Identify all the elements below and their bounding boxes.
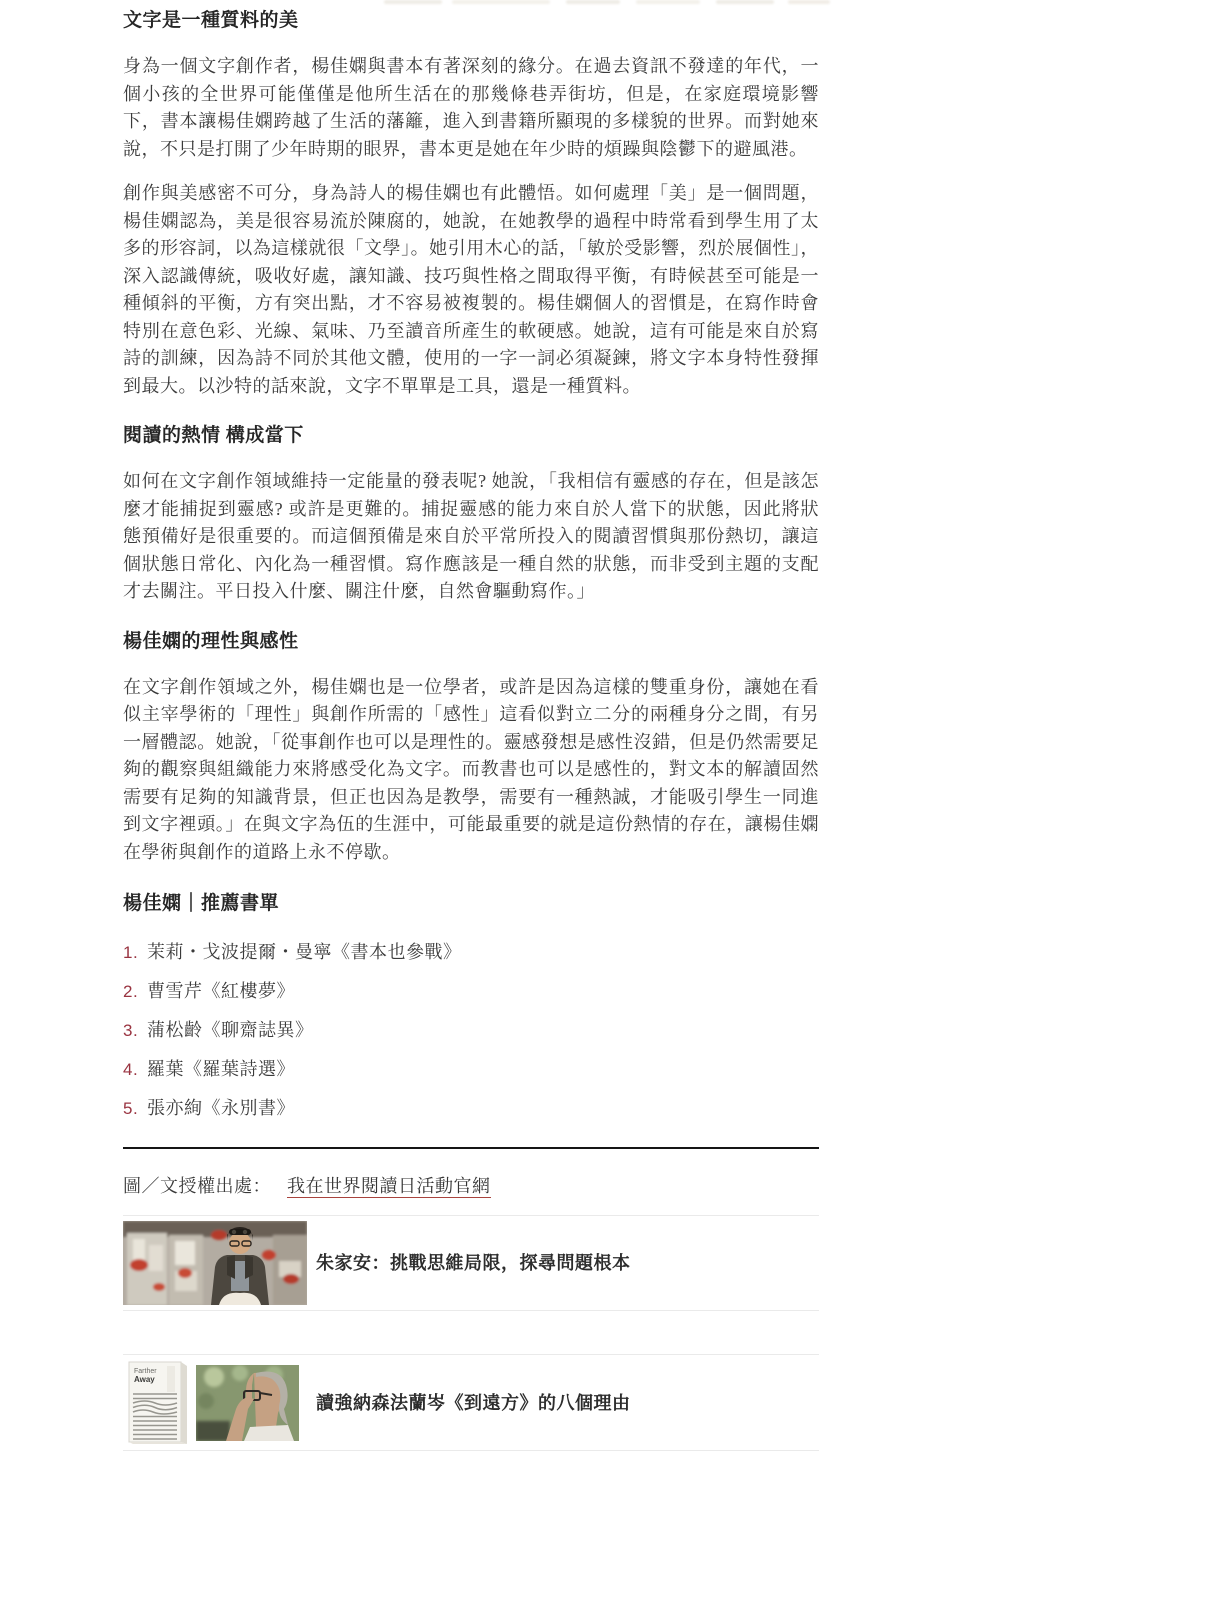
booklist-item-number: 3. [123, 1021, 147, 1041]
booklist-item: 4. 羅葉《羅葉詩選》 [123, 1059, 819, 1080]
booklist-item-number: 1. [123, 943, 147, 963]
cutoff-image-remnant [788, 0, 830, 4]
article-paragraph: 在文字創作領域之外，楊佳嫻也是一位學者，或許是因為這樣的雙重身份，讓她在看似主宰… [123, 674, 819, 867]
section-heading-quality-of-text: 文字是一種質料的美 [123, 9, 819, 33]
credit-line: 圖／文授權出處：我在世界閱讀日活動官網 [123, 1172, 819, 1198]
credit-source-link[interactable]: 我在世界閱讀日活動官網 [287, 1176, 491, 1198]
booklist-item: 5. 張亦絢《永別書》 [123, 1098, 819, 1119]
article-thumbnail [123, 1221, 307, 1305]
recommended-booklist: 1. 茉莉・戈波提爾・曼寧《書本也參戰》 2. 曹雪芹《紅樓夢》 3. 蒲松齡《… [123, 942, 819, 1119]
article-paragraph: 創作與美感密不可分，身為詩人的楊佳嫻也有此體悟。如何處理「美」是一個問題，楊佳嫻… [123, 180, 819, 400]
author-photo-image [196, 1365, 299, 1441]
farther-away-book-cover-image: Farther Away [123, 1360, 191, 1445]
related-article-link[interactable]: 朱家安：挑戰思維局限，探尋問題根本 [123, 1215, 819, 1311]
related-article-title[interactable]: 朱家安：挑戰思維局限，探尋問題根本 [316, 1250, 631, 1276]
cutoff-image-remnant [384, 0, 442, 4]
booklist-item-text: 茉莉・戈波提爾・曼寧《書本也參戰》 [147, 942, 462, 962]
related-article-title[interactable]: 讀強納森法蘭岑《到遠方》的八個理由 [316, 1390, 631, 1416]
booklist-item-number: 5. [123, 1099, 147, 1119]
cutoff-image-remnant [636, 0, 700, 4]
booklist-item-text: 蒲松齡《聊齋誌異》 [147, 1020, 314, 1040]
section-heading-reading-passion: 閱讀的熱情 構成當下 [123, 424, 819, 448]
booklist-item: 3. 蒲松齡《聊齋誌異》 [123, 1020, 819, 1041]
booklist-heading: 楊佳嫻｜推薦書單 [123, 892, 819, 916]
book-cover-text-line2: Away [134, 1375, 155, 1384]
article-paragraph: 如何在文字創作領域維持一定能量的發表呢? 她說，「我相信有靈感的存在，但是該怎麼… [123, 468, 819, 606]
page-top-cutoff [0, 0, 1229, 7]
article-body: 文字是一種質料的美 身為一個文字創作者，楊佳嫻與書本有著深刻的緣分。在過去資訊不… [123, 0, 819, 1451]
related-article-link[interactable]: Farther Away [123, 1354, 819, 1451]
related-articles: 朱家安：挑戰思維局限，探尋問題根本 Farther Away [123, 1215, 819, 1451]
booklist-item: 1. 茉莉・戈波提爾・曼寧《書本也參戰》 [123, 942, 819, 963]
booklist-item-text: 張亦絢《永別書》 [147, 1098, 295, 1118]
book-cover-text-line1: Farther [134, 1368, 157, 1375]
booklist-item: 2. 曹雪芹《紅樓夢》 [123, 981, 819, 1002]
booklist-item-text: 曹雪芹《紅樓夢》 [147, 981, 295, 1001]
booklist-item-text: 羅葉《羅葉詩選》 [147, 1059, 295, 1079]
cutoff-image-remnant [716, 0, 774, 4]
credit-label: 圖／文授權出處： [123, 1176, 271, 1196]
cutoff-image-remnant [452, 0, 550, 4]
article-end-rule [123, 1147, 819, 1149]
bookshop-portrait-image [123, 1221, 307, 1305]
booklist-item-number: 2. [123, 982, 147, 1002]
article-paragraph: 身為一個文字創作者，楊佳嫻與書本有著深刻的緣分。在過去資訊不發達的年代，一個小孩… [123, 53, 819, 163]
article-thumbnail: Farther Away [123, 1360, 307, 1445]
section-heading-reason-and-sense: 楊佳嫻的理性與感性 [123, 630, 819, 654]
cutoff-image-remnant [566, 0, 620, 4]
booklist-item-number: 4. [123, 1060, 147, 1080]
